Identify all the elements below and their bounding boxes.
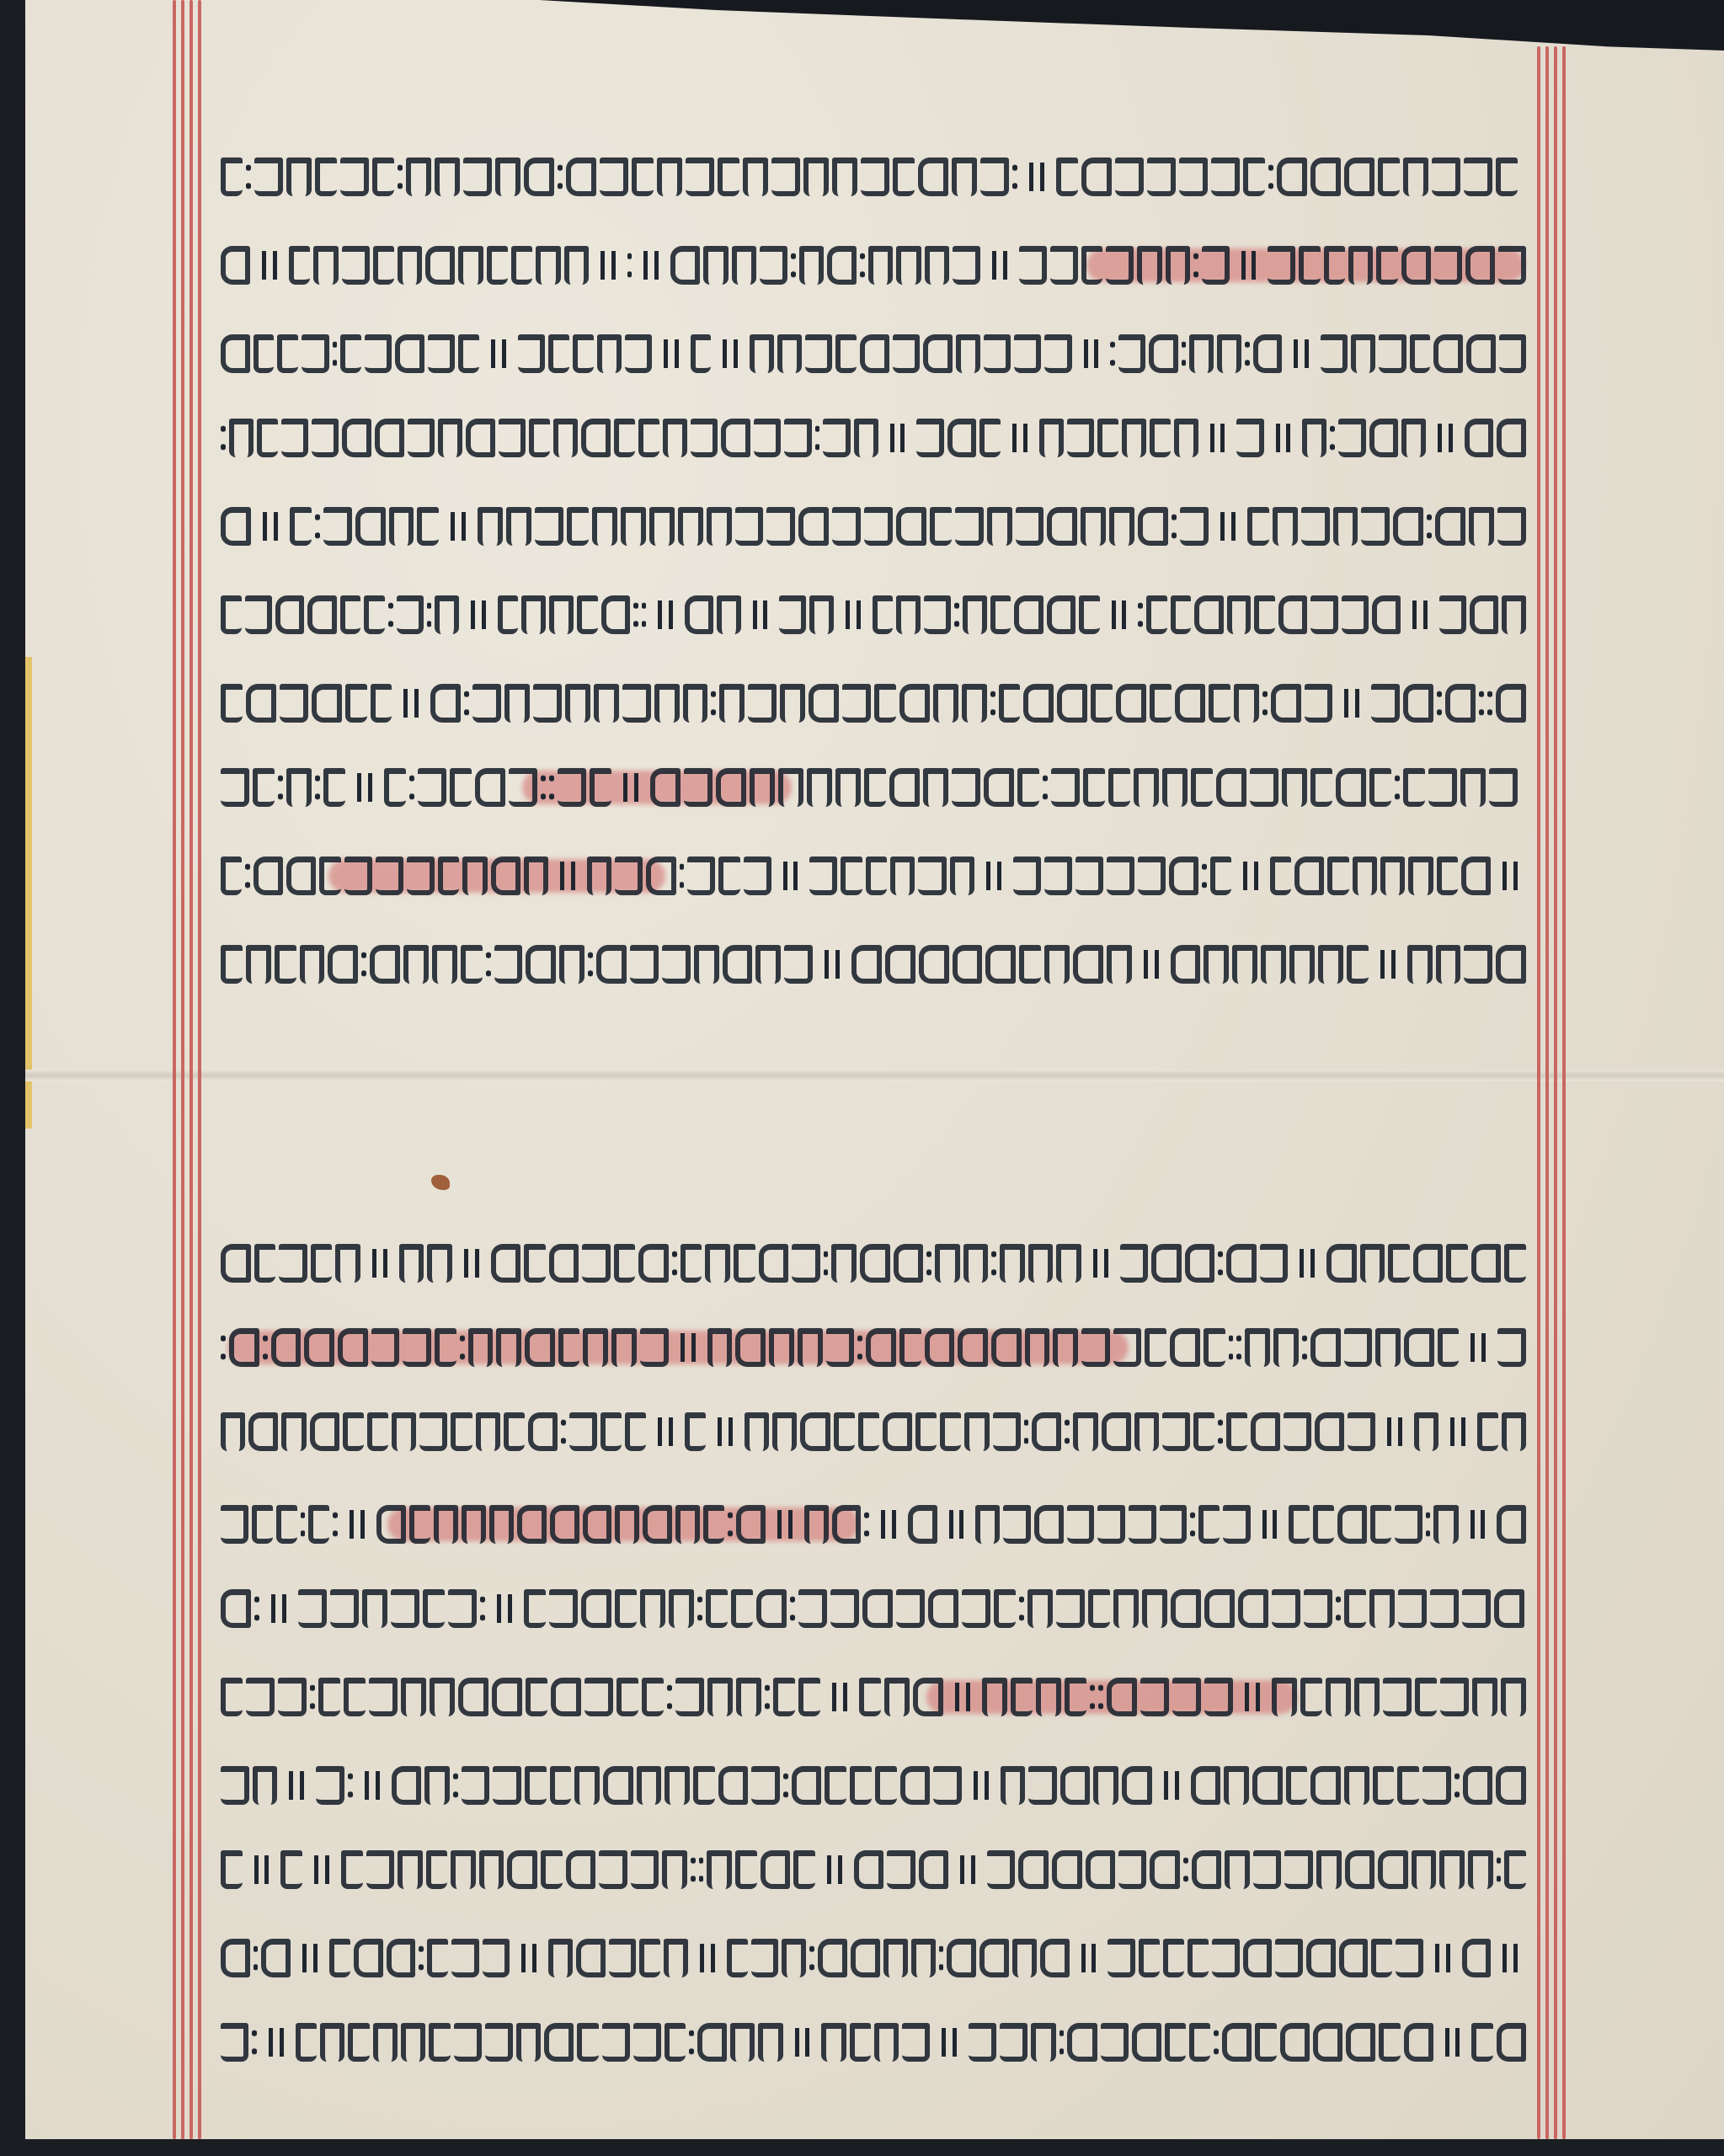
script-glyph [1212,1939,1240,1977]
script-glyph [761,1850,791,1889]
script-glyph [939,1943,944,1973]
script-glyph [1113,1589,1139,1628]
script-glyph [507,1850,537,1889]
script-glyph [1081,1328,1110,1367]
script-glyph [1182,339,1187,369]
script-glyph [1172,1678,1201,1716]
script-glyph [1204,1589,1235,1628]
script-glyph [583,1328,608,1367]
script-glyph [496,1328,521,1367]
script-glyph [1302,1332,1307,1363]
script-glyph [1398,1589,1427,1628]
script-glyph [993,1412,1021,1451]
script-glyph [427,600,432,630]
script-glyph [633,600,638,630]
script-glyph [999,684,1021,723]
script-glyph [1272,1589,1300,1628]
script-glyph [316,1766,344,1805]
script-glyph [1318,945,1343,984]
script-glyph [633,2023,661,2062]
script-glyph [1107,857,1134,895]
script-glyph [1250,768,1278,807]
script-glyph [597,334,622,373]
script-glyph [594,684,619,723]
script-glyph [1150,684,1172,723]
manuscript-line: [illegible manuscript line 14] [221,1495,1526,1554]
script-glyph [1401,246,1431,285]
script-glyph [691,334,712,373]
script-glyph [1315,1412,1344,1451]
script-glyph [681,1333,696,1362]
script-glyph [911,1939,936,1977]
script-glyph [1132,2023,1161,2062]
script-glyph [1052,1850,1082,1889]
script-glyph [609,1939,637,1977]
page-fold-crease [25,1070,1724,1081]
script-glyph [587,857,611,895]
script-glyph [1165,2023,1186,2062]
script-glyph [681,1244,702,1283]
script-glyph [252,1505,273,1544]
script-glyph [1102,1412,1131,1451]
script-glyph [1342,595,1369,634]
script-glyph [370,945,400,984]
script-glyph [958,1328,988,1367]
script-glyph [1012,1939,1037,1977]
script-glyph [881,1510,896,1539]
script-glyph [1245,1683,1260,1711]
script-glyph [511,246,532,285]
script-glyph [1050,246,1078,285]
script-glyph [1472,1678,1497,1716]
left-margin-rule [189,0,193,2139]
script-glyph [1044,945,1070,984]
script-glyph [841,857,862,895]
script-glyph [1497,1505,1526,1544]
manuscript-line: [illegible manuscript line 4] [221,408,1526,467]
script-glyph [1471,2023,1492,2062]
script-glyph [1053,1328,1078,1367]
script-glyph [1202,246,1230,285]
script-glyph [464,1249,479,1278]
script-glyph [1502,1944,1518,1972]
script-glyph [1056,1244,1081,1283]
script-glyph [475,768,505,807]
script-glyph [462,857,487,895]
script-glyph [472,684,501,723]
script-glyph [1059,2027,1065,2057]
script-glyph [1091,684,1113,723]
script-glyph [755,945,781,984]
script-glyph [923,334,953,373]
script-glyph [1140,1678,1169,1716]
script-glyph [665,2023,686,2062]
script-glyph [1369,768,1391,807]
script-glyph [1191,1766,1221,1805]
script-glyph [1188,1939,1209,1977]
script-glyph [320,2023,344,2062]
script-glyph [1433,1505,1458,1544]
script-glyph [621,507,646,546]
script-glyph [517,1505,547,1544]
script-glyph [1234,684,1259,723]
script-glyph [899,684,930,723]
script-glyph [743,157,768,196]
script-glyph [1370,1505,1391,1544]
script-glyph [252,2027,257,2057]
script-glyph [650,768,681,807]
script-glyph [935,1244,960,1283]
script-glyph [392,1412,416,1451]
script-glyph [615,857,643,895]
script-glyph [302,1944,318,1972]
script-glyph [1001,1766,1026,1805]
script-glyph [962,1589,990,1628]
script-glyph [1222,2023,1252,2062]
script-glyph [1437,688,1442,718]
script-glyph [401,1678,426,1716]
script-glyph [1169,857,1198,895]
script-glyph [561,1417,566,1447]
script-glyph [638,1244,669,1283]
script-glyph [601,595,630,634]
script-glyph [384,768,406,807]
script-glyph [896,507,926,546]
script-glyph [1395,772,1400,803]
left-margin-rule [173,0,176,2139]
script-glyph [670,246,700,285]
script-glyph [1450,1417,1465,1446]
right-margin-rule [1562,46,1566,2139]
script-glyph [1300,1249,1315,1278]
script-glyph [558,1328,580,1367]
script-glyph [432,945,457,984]
script-glyph [1073,945,1103,984]
script-glyph [900,1766,931,1805]
script-glyph [842,684,871,723]
script-glyph [1109,507,1134,546]
script-glyph [1376,246,1397,285]
script-glyph [504,1412,525,1451]
script-glyph [675,1505,700,1544]
script-glyph [1191,768,1213,807]
script-glyph [435,595,459,634]
script-glyph [1014,334,1041,373]
script-glyph [1146,595,1167,634]
script-glyph [602,2023,630,2062]
script-glyph [301,1509,306,1540]
script-glyph [1216,768,1246,807]
script-glyph [409,1505,430,1544]
script-glyph [1193,1412,1214,1451]
script-glyph [281,1412,306,1451]
script-glyph [329,1939,350,1977]
script-glyph [919,945,949,984]
script-glyph [1137,246,1161,285]
script-glyph [516,2023,541,2062]
script-glyph [1067,2023,1097,2062]
script-glyph [582,1244,610,1283]
script-glyph [630,945,659,984]
script-glyph [1209,684,1230,723]
script-glyph [1280,2023,1310,2062]
script-glyph [323,768,345,807]
script-glyph [221,507,251,546]
script-glyph [1284,1850,1312,1889]
script-glyph [1138,857,1166,895]
script-glyph [707,1678,733,1716]
script-glyph [1286,1766,1308,1805]
script-glyph [627,250,632,280]
script-glyph [1494,1589,1524,1628]
script-glyph [1097,1505,1125,1544]
script-glyph [640,1589,665,1628]
script-glyph [1194,595,1223,634]
script-glyph [1346,2023,1375,2062]
script-glyph [615,1589,637,1628]
script-glyph [979,1939,1009,1977]
script-glyph [643,251,659,280]
script-glyph [930,507,952,546]
script-glyph [1122,1766,1152,1805]
script-glyph [1261,945,1286,984]
right-margin-rule [1554,46,1557,2139]
script-glyph [1393,507,1423,546]
script-glyph [1083,768,1105,807]
script-glyph [221,1766,249,1805]
script-glyph [427,1939,448,1977]
script-glyph [691,1854,696,1885]
script-glyph [625,1412,646,1451]
script-glyph [1218,1417,1223,1447]
script-glyph [994,1589,1016,1628]
script-glyph [984,768,1014,807]
script-glyph [1013,857,1041,895]
script-glyph [896,1589,925,1628]
script-glyph [1498,246,1526,285]
script-glyph [365,1771,380,1800]
script-glyph [1496,1766,1526,1805]
script-glyph [221,334,250,373]
script-glyph [245,595,272,634]
script-glyph [658,1417,673,1446]
script-glyph [1193,250,1198,280]
script-glyph [748,684,777,723]
script-glyph [1310,1766,1341,1805]
script-glyph [221,1589,251,1628]
script-glyph [1236,1332,1241,1363]
script-glyph [1294,857,1324,895]
script-glyph [1225,1850,1250,1889]
script-glyph [1351,334,1375,373]
script-glyph [1088,1589,1110,1628]
script-glyph [711,688,716,718]
script-glyph [979,419,1001,457]
script-glyph [952,768,980,807]
script-glyph [454,2023,482,2062]
script-glyph [407,857,435,895]
script-glyph [275,595,304,634]
script-glyph [1501,1678,1526,1716]
script-glyph [1347,945,1369,984]
script-glyph [1496,157,1518,196]
script-glyph [851,945,882,984]
script-glyph [1499,334,1526,373]
script-glyph [296,2023,317,2062]
script-glyph [823,419,850,457]
script-glyph [1464,945,1492,984]
script-glyph [335,1244,360,1283]
script-glyph [955,1683,970,1711]
script-glyph [483,1939,510,1977]
script-glyph [963,1244,989,1283]
script-glyph [1326,1244,1357,1283]
script-glyph [1217,334,1241,373]
script-glyph [278,772,283,803]
script-glyph [419,1943,424,1973]
script-glyph [736,1505,766,1544]
script-glyph [1336,768,1366,807]
script-glyph [678,507,703,546]
script-glyph [765,1682,770,1712]
script-glyph [551,1678,581,1716]
script-glyph [1445,684,1476,723]
script-glyph [254,1943,259,1973]
script-glyph [1403,768,1425,807]
script-glyph [1260,1244,1288,1283]
script-glyph [581,419,611,457]
script-glyph [1098,1682,1103,1712]
script-glyph [592,507,617,546]
script-glyph [874,2023,899,2062]
script-glyph [1327,857,1348,895]
script-glyph [1310,768,1332,807]
script-glyph [548,334,569,373]
script-glyph [1012,162,1017,192]
script-glyph [735,507,764,546]
right-margin-rule [1545,46,1549,2139]
manuscript-line: [illegible manuscript line 10] [221,935,1526,994]
script-glyph [693,1766,715,1805]
script-glyph [691,419,718,457]
script-glyph [893,157,915,196]
script-glyph [684,768,713,807]
script-glyph [369,1678,398,1716]
script-glyph [699,1854,704,1885]
script-glyph [795,2028,810,2057]
script-glyph [798,507,829,546]
script-glyph [1034,1505,1064,1544]
script-glyph [541,1850,563,1889]
script-glyph [1210,424,1225,452]
script-glyph [1134,1412,1159,1451]
script-glyph [1401,419,1426,457]
script-glyph [861,157,889,196]
script-glyph [697,2023,727,2062]
script-glyph [526,1678,547,1716]
script-glyph [221,1412,245,1451]
script-glyph [458,246,483,285]
script-glyph [389,507,414,546]
manuscript-line: [illegible manuscript line 2] [221,236,1526,295]
script-glyph [461,945,483,984]
script-glyph [1223,1505,1251,1544]
script-glyph [873,595,894,634]
script-glyph [558,768,586,807]
script-glyph [1434,246,1462,285]
script-glyph [371,1328,400,1367]
script-glyph [1262,1510,1278,1539]
script-glyph [916,419,943,457]
script-glyph [798,1678,820,1716]
manuscript-line: [illegible manuscript line 18] [221,1840,1526,1899]
script-glyph [1316,1850,1342,1889]
script-glyph [1204,1678,1233,1716]
script-glyph [1175,684,1205,723]
script-glyph [700,1944,715,1972]
script-glyph [1310,157,1341,196]
script-glyph [1253,334,1283,373]
script-glyph [953,945,983,984]
script-glyph [311,1244,333,1283]
script-glyph [1496,684,1526,723]
script-glyph [271,1594,286,1623]
script-glyph [1171,1589,1201,1628]
script-glyph [899,1328,921,1367]
script-glyph [221,423,226,453]
script-glyph [831,1244,857,1283]
script-glyph [1029,163,1044,191]
script-glyph [782,1939,806,1977]
script-glyph [1243,862,1258,890]
script-glyph [388,600,393,630]
script-glyph [1093,1249,1108,1278]
script-glyph [1138,600,1143,630]
script-glyph [727,1939,748,1977]
script-glyph [525,1766,547,1805]
script-glyph [1090,1682,1095,1712]
script-glyph [1278,595,1307,634]
script-glyph [1445,2028,1460,2057]
script-glyph [1247,507,1269,546]
script-glyph [229,419,254,457]
script-glyph [804,1505,829,1544]
script-glyph [1227,595,1252,634]
script-glyph [1337,1505,1367,1544]
script-glyph [642,1678,664,1716]
script-glyph [278,1678,307,1716]
script-glyph [565,684,590,723]
script-glyph [913,1678,943,1716]
script-glyph [784,419,811,457]
script-glyph [718,857,739,895]
script-glyph [643,1505,672,1544]
script-glyph [429,2023,450,2062]
script-glyph [963,595,987,634]
script-glyph [541,772,546,803]
script-glyph [1460,768,1486,807]
script-glyph [728,1509,733,1540]
script-glyph [851,1939,880,1977]
script-glyph [1380,950,1396,979]
script-glyph [1031,2023,1055,2062]
script-glyph [703,1505,724,1544]
script-glyph [1129,1505,1156,1544]
script-glyph [857,1332,862,1363]
script-glyph [860,250,865,280]
script-glyph [1220,512,1236,541]
script-glyph [1226,1412,1247,1451]
